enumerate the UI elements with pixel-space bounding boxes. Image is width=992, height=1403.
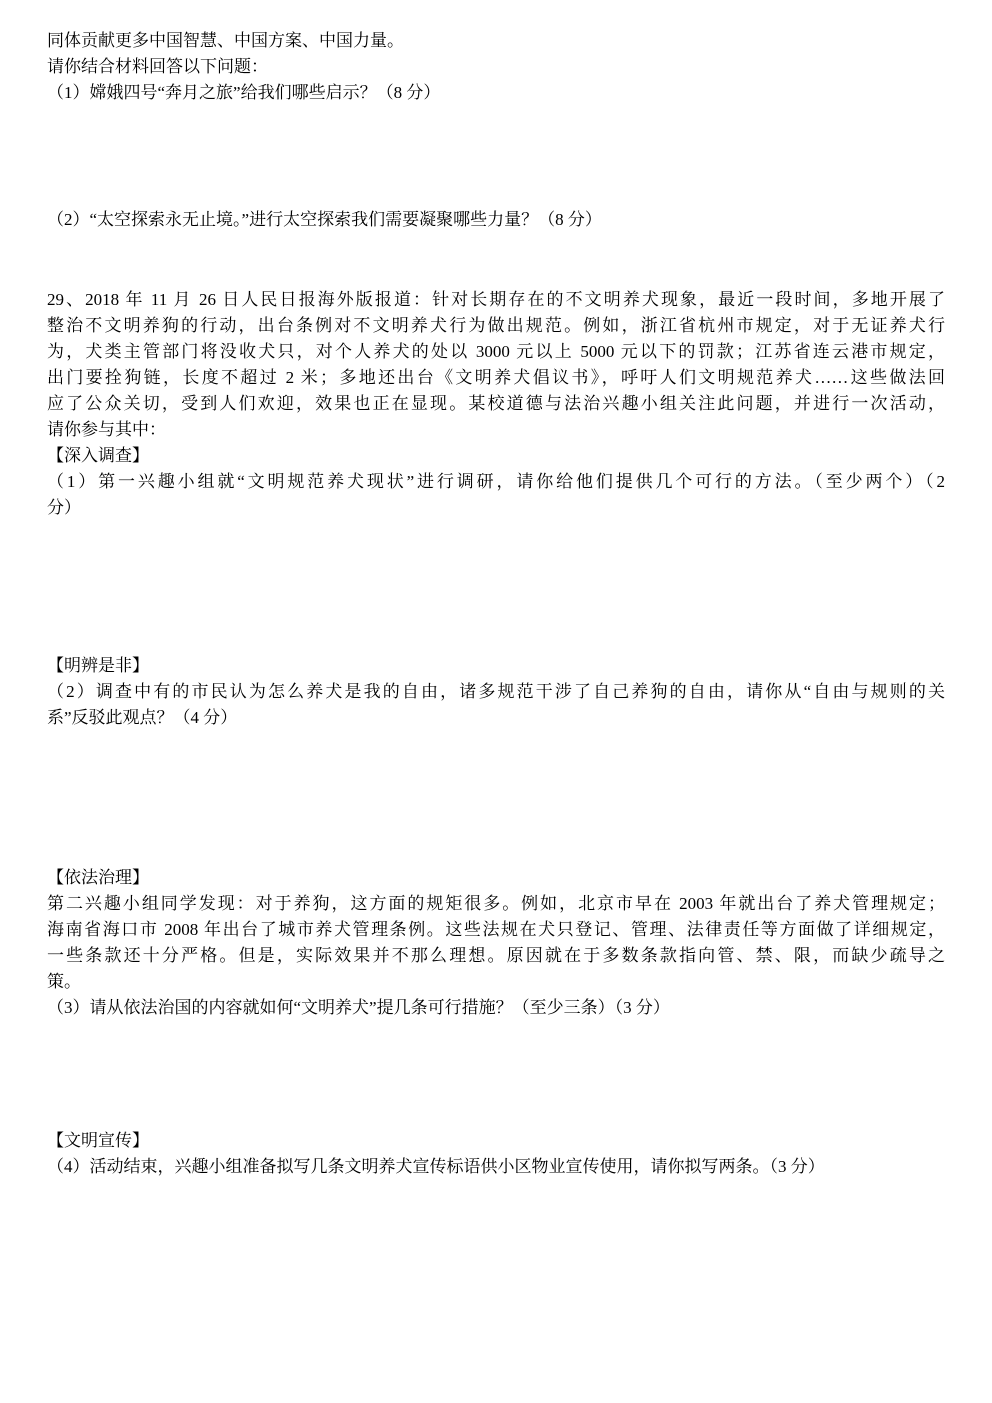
text-line-q29-2: 整治不文明养狗的行动，出台条例对不文明养犬行为做出规范。例如，浙江省杭州市规定，… <box>47 313 945 339</box>
text-line-sec1-2: 分） <box>47 495 945 521</box>
question-4-prompt: （4）活动结束，兴趣小组准备拟写几条文明养犬宣传标语供小区物业宣传使用，请你拟写… <box>47 1154 945 1180</box>
section-mingbianshifei: 【明辨是非】 （2）调查中有的市民认为怎么养犬是我的自由，诸多规范干涉了自己养狗… <box>47 653 945 731</box>
section-header: 【依法治理】 <box>47 865 945 891</box>
text-line-sec3-2: 海南省海口市 2008 年出台了城市养犬管理条例。这些法规在犬只登记、管理、法律… <box>47 917 945 943</box>
question-29-stem: 29、2018 年 11 月 26 日人民日报海外版报道：针对长期存在的不文明养… <box>47 287 945 443</box>
text-line-sec3-4: 策。 <box>47 969 945 995</box>
text-line-q29-3: 为，犬类主管部门将没收犬只，对个人养犬的处以 3000 元以上 5000 元以下… <box>47 339 945 365</box>
text-line-q29-6: 请你参与其中： <box>47 417 945 443</box>
section-header: 【明辨是非】 <box>47 653 945 679</box>
question-2-prompt: （2）“太空探索永无止境。”进行太空探索我们需要凝聚哪些力量？（8 分） <box>47 207 945 233</box>
text-line-sec3-1: 第二兴趣小组同学发现：对于养狗，这方面的规矩很多。例如，北京市早在 2003 年… <box>47 891 945 917</box>
text-line-sec3-3: 一些条款还十分严格。但是，实际效果并不那么理想。原因就在于多数条款指向管、禁、限… <box>47 943 945 969</box>
question-3-prompt: （3）请从依法治国的内容就如何“文明养犬”提几条可行措施？（至少三条）（3 分） <box>47 995 945 1021</box>
text-line-q29-1: 29、2018 年 11 月 26 日人民日报海外版报道：针对长期存在的不文明养… <box>47 287 945 313</box>
text-line-q29-4: 出门要拴狗链，长度不超过 2 米；多地还出台《文明养犬倡议书》，呼吁人们文明规范… <box>47 365 945 391</box>
text-line-intro-1: 同体贡献更多中国智慧、中国方案、中国力量。 <box>47 28 945 54</box>
section-shenrudiaocha: 【深入调查】 （1）第一兴趣小组就“文明规范养犬现状”进行调研，请你给他们提供几… <box>47 443 945 521</box>
text-line-sec1-1: （1）第一兴趣小组就“文明规范养犬现状”进行调研，请你给他们提供几个可行的方法。… <box>47 469 945 495</box>
text-line-intro-2: 请你结合材料回答以下问题： <box>47 54 945 80</box>
text-line-sec2-2: 系”反驳此观点？（4 分） <box>47 705 945 731</box>
text-line-sec2-1: （2）调查中有的市民认为怎么养犬是我的自由，诸多规范干涉了自己养狗的自由，请你从… <box>47 679 945 705</box>
question-1-prompt: （1）嫦娥四号“奔月之旅”给我们哪些启示？（8 分） <box>47 80 945 106</box>
exam-paper-page: 同体贡献更多中国智慧、中国方案、中国力量。 请你结合材料回答以下问题： （1）嫦… <box>0 0 992 1403</box>
section-wenmingxuanchuan: 【文明宣传】 （4）活动结束，兴趣小组准备拟写几条文明养犬宣传标语供小区物业宣传… <box>47 1128 945 1180</box>
text-line-q29-5: 应了公众关切，受到人们欢迎，效果也正在显现。某校道德与法治兴趣小组关注此问题，并… <box>47 391 945 417</box>
section-header: 【文明宣传】 <box>47 1128 945 1154</box>
section-header: 【深入调查】 <box>47 443 945 469</box>
section-yifazhili: 【依法治理】 第二兴趣小组同学发现：对于养狗，这方面的规矩很多。例如，北京市早在… <box>47 865 945 1021</box>
